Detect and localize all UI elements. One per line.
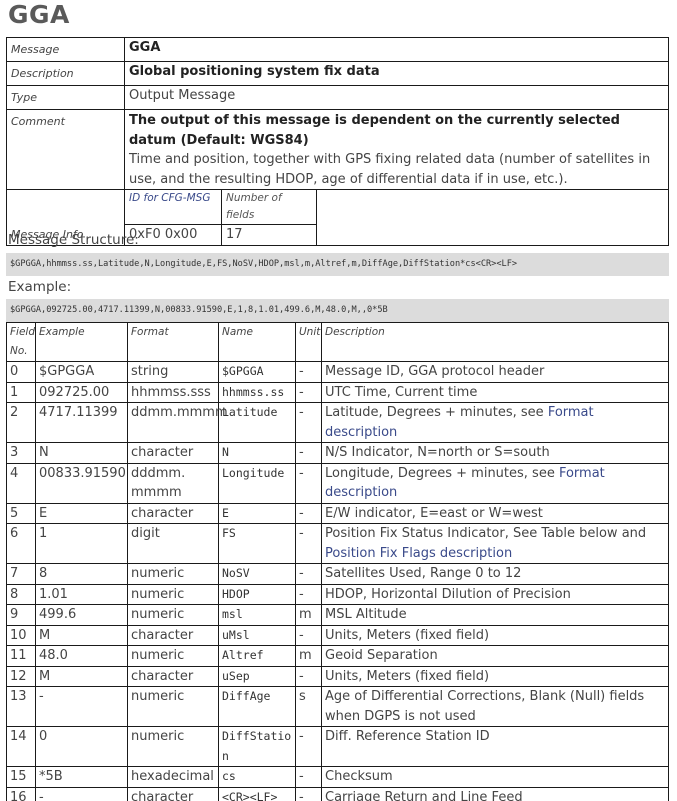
field-name: HDOP xyxy=(219,584,296,605)
table-row: 13-numericDiffAgesAge of Differential Co… xyxy=(7,687,669,727)
field-example: $GPGGA xyxy=(36,362,128,383)
field-example: M xyxy=(36,625,128,646)
field-description-text: Units, Meters (fixed field) xyxy=(325,669,489,684)
structure-code: $GPGGA,hhmmss.ss,Latitude,N,Longitude,E,… xyxy=(6,253,669,276)
example-code: $GPGGA,092725.00,4717.11399,N,00833.9159… xyxy=(6,299,669,322)
field-unit: - xyxy=(296,767,322,788)
field-name: msl xyxy=(219,605,296,626)
field-name: DiffStation xyxy=(219,727,296,767)
field-description-text: HDOP, Horizontal Dilution of Precision xyxy=(325,587,571,602)
comment-label: Comment xyxy=(7,110,125,190)
field-example: - xyxy=(36,787,128,801)
description-link[interactable]: Position Fix Flags description xyxy=(325,546,512,561)
field-description-text: Satellites Used, Range 0 to 12 xyxy=(325,566,521,581)
field-example: 1 xyxy=(36,524,128,564)
field-name: hhmmss.ss xyxy=(219,382,296,403)
id-value: 0xF0 0x00 xyxy=(125,225,222,246)
table-row: 400833.91590dddmm. mmmmLongitude-Longitu… xyxy=(7,463,669,503)
field-unit: - xyxy=(296,463,322,503)
field-description-text: E/W indicator, E=east or W=west xyxy=(325,506,543,521)
field-description-text: UTC Time, Current time xyxy=(325,385,477,400)
field-format: numeric xyxy=(128,727,219,767)
field-example: E xyxy=(36,503,128,524)
field-unit: - xyxy=(296,666,322,687)
field-example: 4717.11399 xyxy=(36,403,128,443)
field-no: 6 xyxy=(7,524,36,564)
message-label: Message xyxy=(7,38,125,62)
description-value: Global positioning system fix data xyxy=(125,62,669,86)
field-format: character xyxy=(128,787,219,801)
header-field-no: Field No. xyxy=(7,323,36,362)
message-info-table: Message GGA Description Global positioni… xyxy=(6,37,669,246)
table-row: 78numericNoSV-Satellites Used, Range 0 t… xyxy=(7,564,669,585)
table-row: 12McharacteruSep-Units, Meters (fixed fi… xyxy=(7,666,669,687)
field-format: character xyxy=(128,443,219,464)
field-example: 092725.00 xyxy=(36,382,128,403)
field-description-text: Position Fix Status Indicator, See Table… xyxy=(325,526,646,541)
field-example: 0 xyxy=(36,727,128,767)
structure-label: Message Structure: xyxy=(8,232,139,248)
field-example: 8 xyxy=(36,564,128,585)
table-row: 1092725.00hhmmss.ssshhmmss.ss-UTC Time, … xyxy=(7,382,669,403)
field-format: ddmm.mmmm xyxy=(128,403,219,443)
field-no: 9 xyxy=(7,605,36,626)
field-format: hhmmss.sss xyxy=(128,382,219,403)
table-row: 61digitFS-Position Fix Status Indicator,… xyxy=(7,524,669,564)
table-row: 15*5Bhexadecimalcs-Checksum xyxy=(7,767,669,788)
field-format: digit xyxy=(128,524,219,564)
nfields-label: Number of fields xyxy=(222,190,317,225)
header-example: Example xyxy=(36,323,128,362)
field-description-text: Latitude, Degrees + minutes, see xyxy=(325,405,548,420)
field-no: 14 xyxy=(7,727,36,767)
field-unit: - xyxy=(296,403,322,443)
field-no: 11 xyxy=(7,646,36,667)
field-format: dddmm. mmmm xyxy=(128,463,219,503)
field-description-text: Carriage Return and Line Feed xyxy=(325,790,523,801)
field-unit: - xyxy=(296,443,322,464)
field-format: character xyxy=(128,503,219,524)
field-unit: - xyxy=(296,503,322,524)
field-description: Units, Meters (fixed field) xyxy=(322,625,669,646)
field-name: Altref xyxy=(219,646,296,667)
table-row: 1148.0numericAltrefmGeoid Separation xyxy=(7,646,669,667)
id-label: ID for CFG-MSG xyxy=(125,190,222,225)
table-row: 9499.6numericmslmMSL Altitude xyxy=(7,605,669,626)
field-description-text: Longitude, Degrees + minutes, see xyxy=(325,466,559,481)
field-description: Units, Meters (fixed field) xyxy=(322,666,669,687)
page-title: GGA xyxy=(8,0,70,29)
description-label: Description xyxy=(7,62,125,86)
field-description-text: Age of Differential Corrections, Blank (… xyxy=(325,689,644,724)
field-unit: - xyxy=(296,382,322,403)
field-description-text: Checksum xyxy=(325,769,393,784)
field-name: Longitude xyxy=(219,463,296,503)
field-format: numeric xyxy=(128,605,219,626)
field-description-text: Geoid Separation xyxy=(325,648,438,663)
field-name: <CR><LF> xyxy=(219,787,296,801)
field-unit: - xyxy=(296,362,322,383)
field-example: *5B xyxy=(36,767,128,788)
fields-header-row: Field No. Example Format Name Unit Descr… xyxy=(7,323,669,362)
field-example: M xyxy=(36,666,128,687)
field-format: numeric xyxy=(128,687,219,727)
field-name: uMsl xyxy=(219,625,296,646)
comment-value: The output of this message is dependent … xyxy=(125,110,669,190)
comment-bold: The output of this message is dependent … xyxy=(129,111,664,150)
field-description: UTC Time, Current time xyxy=(322,382,669,403)
field-unit: - xyxy=(296,787,322,801)
field-format: character xyxy=(128,625,219,646)
field-description: MSL Altitude xyxy=(322,605,669,626)
field-example: - xyxy=(36,687,128,727)
field-format: numeric xyxy=(128,564,219,585)
table-row: 3NcharacterN-N/S Indicator, N=north or S… xyxy=(7,443,669,464)
field-description-text: MSL Altitude xyxy=(325,607,407,622)
field-description: Carriage Return and Line Feed xyxy=(322,787,669,801)
field-description: Diff. Reference Station ID xyxy=(322,727,669,767)
field-unit: - xyxy=(296,564,322,585)
field-description: Latitude, Degrees + minutes, see Format … xyxy=(322,403,669,443)
field-format: string xyxy=(128,362,219,383)
table-row: 24717.11399ddmm.mmmmLatitude-Latitude, D… xyxy=(7,403,669,443)
field-no: 16 xyxy=(7,787,36,801)
field-description: Message ID, GGA protocol header xyxy=(322,362,669,383)
field-name: uSep xyxy=(219,666,296,687)
field-name: Latitude xyxy=(219,403,296,443)
type-value: Output Message xyxy=(125,86,669,110)
field-description-text: Diff. Reference Station ID xyxy=(325,729,490,744)
field-no: 2 xyxy=(7,403,36,443)
header-description: Description xyxy=(322,323,669,362)
field-description: Satellites Used, Range 0 to 12 xyxy=(322,564,669,585)
table-row: 140numericDiffStation-Diff. Reference St… xyxy=(7,727,669,767)
table-row: 5EcharacterE-E/W indicator, E=east or W=… xyxy=(7,503,669,524)
field-no: 13 xyxy=(7,687,36,727)
field-example: 48.0 xyxy=(36,646,128,667)
field-description: E/W indicator, E=east or W=west xyxy=(322,503,669,524)
field-name: E xyxy=(219,503,296,524)
field-description: N/S Indicator, N=north or S=south xyxy=(322,443,669,464)
field-no: 8 xyxy=(7,584,36,605)
field-no: 15 xyxy=(7,767,36,788)
header-format: Format xyxy=(128,323,219,362)
field-format: character xyxy=(128,666,219,687)
field-example: 499.6 xyxy=(36,605,128,626)
field-name: $GPGGA xyxy=(219,362,296,383)
table-row: 0$GPGGAstring$GPGGA-Message ID, GGA prot… xyxy=(7,362,669,383)
field-no: 10 xyxy=(7,625,36,646)
field-name: cs xyxy=(219,767,296,788)
field-name: NoSV xyxy=(219,564,296,585)
field-description-text: Message ID, GGA protocol header xyxy=(325,364,544,379)
field-description-text: Units, Meters (fixed field) xyxy=(325,628,489,643)
field-format: hexadecimal xyxy=(128,767,219,788)
field-description: Longitude, Degrees + minutes, see Format… xyxy=(322,463,669,503)
field-no: 0 xyxy=(7,362,36,383)
field-description: Geoid Separation xyxy=(322,646,669,667)
field-description: Checksum xyxy=(322,767,669,788)
field-description: Age of Differential Corrections, Blank (… xyxy=(322,687,669,727)
field-no: 1 xyxy=(7,382,36,403)
empty-cell xyxy=(317,190,669,246)
field-unit: - xyxy=(296,625,322,646)
table-row: 16-character<CR><LF>-Carriage Return and… xyxy=(7,787,669,801)
field-no: 4 xyxy=(7,463,36,503)
field-example: 1.01 xyxy=(36,584,128,605)
header-unit: Unit xyxy=(296,323,322,362)
header-name: Name xyxy=(219,323,296,362)
type-label: Type xyxy=(7,86,125,110)
field-name: FS xyxy=(219,524,296,564)
field-unit: - xyxy=(296,727,322,767)
table-row: 10McharacteruMsl-Units, Meters (fixed fi… xyxy=(7,625,669,646)
fields-table: Field No. Example Format Name Unit Descr… xyxy=(6,322,669,801)
field-unit: m xyxy=(296,605,322,626)
field-description: Position Fix Status Indicator, See Table… xyxy=(322,524,669,564)
field-unit: - xyxy=(296,584,322,605)
field-no: 12 xyxy=(7,666,36,687)
field-description: HDOP, Horizontal Dilution of Precision xyxy=(322,584,669,605)
field-description-text: N/S Indicator, N=north or S=south xyxy=(325,445,550,460)
field-no: 5 xyxy=(7,503,36,524)
field-unit: s xyxy=(296,687,322,727)
field-no: 3 xyxy=(7,443,36,464)
field-example: N xyxy=(36,443,128,464)
field-format: numeric xyxy=(128,584,219,605)
field-unit: - xyxy=(296,524,322,564)
comment-text: Time and position, together with GPS fix… xyxy=(129,150,664,189)
field-unit: m xyxy=(296,646,322,667)
table-row: 81.01numericHDOP-HDOP, Horizontal Diluti… xyxy=(7,584,669,605)
field-name: N xyxy=(219,443,296,464)
example-label: Example: xyxy=(8,279,71,295)
field-example: 00833.91590 xyxy=(36,463,128,503)
field-name: DiffAge xyxy=(219,687,296,727)
message-value: GGA xyxy=(125,38,669,62)
field-no: 7 xyxy=(7,564,36,585)
field-format: numeric xyxy=(128,646,219,667)
nfields-value: 17 xyxy=(222,225,317,246)
